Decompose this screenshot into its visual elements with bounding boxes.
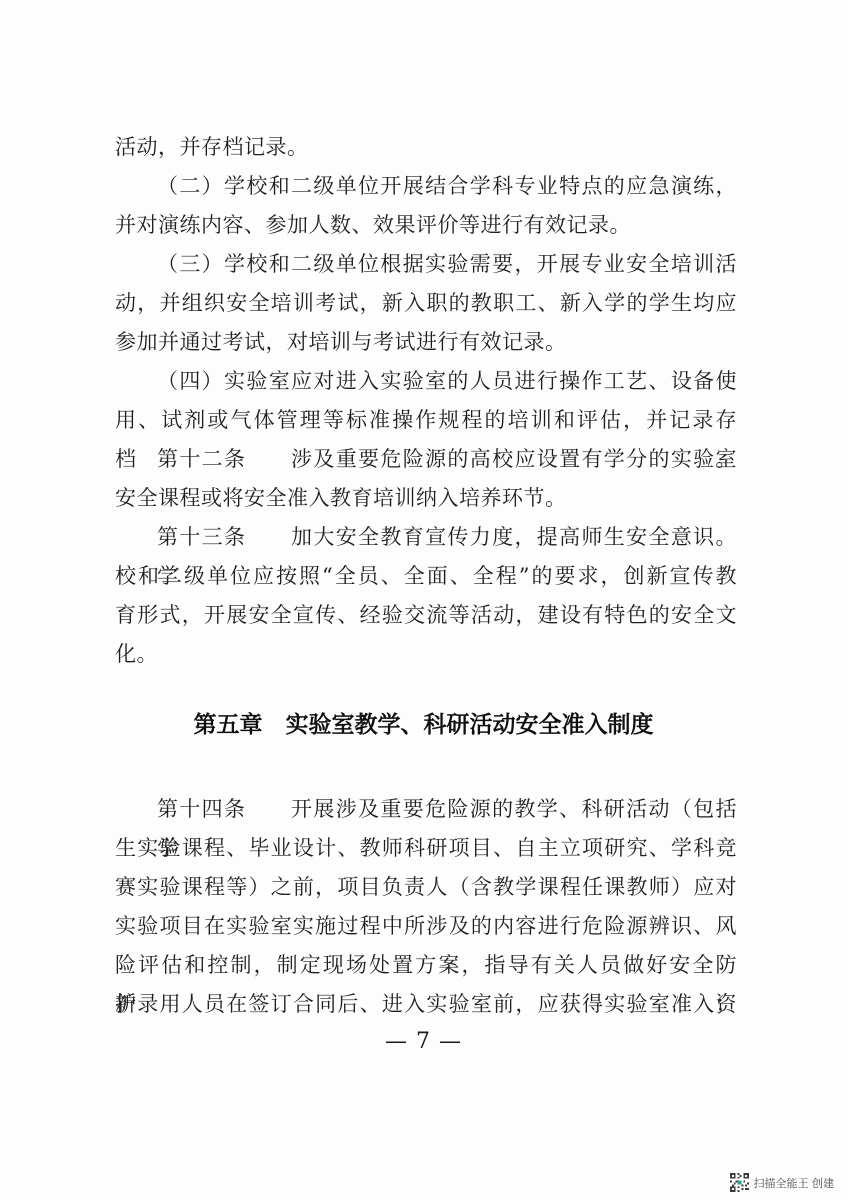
text-line: 化。 bbox=[115, 635, 737, 674]
text-line: 活动，并存档记录。 bbox=[115, 128, 737, 167]
text-line: （二）学校和二级单位开展结合学科专业特点的应急演练， bbox=[115, 167, 737, 206]
text-line: 第十三条 加大安全教育宣传力度，提高师生安全意识。学 bbox=[115, 518, 737, 557]
text-line: （四）实验室应对进入实验室的人员进行操作工艺、设备使 bbox=[115, 362, 737, 401]
scan-watermark: 扫描全能王 创建 bbox=[730, 1173, 835, 1192]
text-line: 育形式，开展安全宣传、经验交流等活动，建设有特色的安全文 bbox=[115, 596, 737, 635]
text-line: 险评估和控制，制定现场处置方案，指导有关人员做好安全防护； bbox=[115, 946, 737, 985]
text-line: 安全课程或将安全准入教育培训纳入培养环节。 bbox=[115, 479, 737, 518]
chapter-heading: 第五章 实验室教学、科研活动安全准入制度 bbox=[0, 706, 847, 745]
qr-code-icon bbox=[730, 1173, 749, 1192]
text-line: 参加并通过考试，对培训与考试进行有效记录。 bbox=[115, 323, 737, 362]
body-text-block-2: 第十四条 开展涉及重要危险源的教学、科研活动（包括学 生实验课程、毕业设计、教师… bbox=[115, 790, 737, 1024]
text-line: 并对演练内容、参加人数、效果评价等进行有效记录。 bbox=[115, 206, 737, 245]
watermark-label: 扫描全能王 创建 bbox=[754, 1175, 835, 1191]
text-line: 第十四条 开展涉及重要危险源的教学、科研活动（包括学 bbox=[115, 790, 737, 829]
text-line: 生实验课程、毕业设计、教师科研项目、自主立项研究、学科竞 bbox=[115, 829, 737, 868]
page-number: — 7 — bbox=[0, 1028, 847, 1056]
text-line: 实验项目在实验室实施过程中所涉及的内容进行危险源辨识、风 bbox=[115, 907, 737, 946]
text-line: 校和二级单位应按照“全员、全面、全程”的要求，创新宣传教 bbox=[115, 557, 737, 596]
text-line: 赛实验课程等）之前，项目负责人（含教学课程任课教师）应对 bbox=[115, 868, 737, 907]
text-line: 动，并组织安全培训考试，新入职的教职工、新入学的学生均应 bbox=[115, 284, 737, 323]
text-line: 新录用人员在签订合同后、进入实验室前，应获得实验室准入资 bbox=[115, 985, 737, 1024]
text-line: （三）学校和二级单位根据实验需要，开展专业安全培训活 bbox=[115, 245, 737, 284]
body-text-block-1: 活动，并存档记录。 （二）学校和二级单位开展结合学科专业特点的应急演练， 并对演… bbox=[115, 128, 737, 674]
text-line: 用、试剂或气体管理等标准操作规程的培训和评估，并记录存档。 bbox=[115, 401, 737, 440]
text-line: 第十二条 涉及重要危险源的高校应设置有学分的实验室 bbox=[115, 440, 737, 479]
